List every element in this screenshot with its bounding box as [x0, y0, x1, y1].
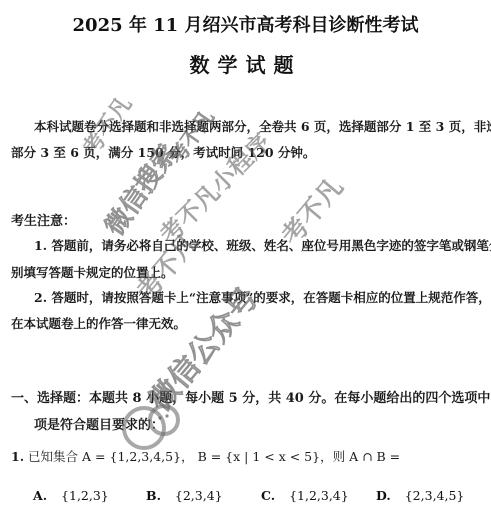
watermark-text: 考不凡小程序	[150, 123, 277, 250]
stem-separator: ，	[181, 449, 194, 464]
option-letter: B.	[146, 488, 161, 503]
section-1-line-1: 一、选择题：本题共 8 小题，每小题 5 分，共 40 分。在每小题给出的四个选…	[11, 392, 491, 405]
option-letter: D.	[376, 488, 391, 503]
option-b[interactable]: B. {2,3,4}	[146, 488, 223, 503]
section-1-line-2: 项是符合题目要求的：	[34, 419, 164, 432]
option-a[interactable]: A. {1,2,3}	[33, 488, 109, 503]
option-value: {1,2,3}	[61, 488, 109, 503]
option-letter: C.	[261, 488, 275, 503]
option-letter: A.	[33, 488, 47, 503]
notice-heading: 考生注意：	[11, 215, 76, 228]
question-number: 1.	[11, 449, 24, 464]
intro-line-2: 部分 3 至 6 页，满分 150 分，考试时间 120 分钟。	[11, 147, 315, 160]
set-b: B = {x | 1 < x < 5}	[198, 449, 321, 464]
option-value: {2,3,4}	[175, 488, 223, 503]
option-d[interactable]: D. {2,3,4,5}	[376, 488, 464, 503]
intro-line-1: 本科试题卷分选择题和非选择题两部分，全卷共 6 页，选择题部分 1 至 3 页，…	[34, 121, 491, 134]
option-value: {1,2,3,4}	[289, 488, 349, 503]
question-1-stem: 1. 已知集合 A = {1,2,3,4,5}， B = {x | 1 < x …	[11, 451, 400, 464]
exam-title: 2025 年 11 月绍兴市高考科目诊断性考试	[0, 11, 491, 37]
question-stem-suffix: ，则 A ∩ B =	[320, 449, 400, 464]
set-a: A = {1,2,3,4,5}	[82, 449, 181, 464]
option-c[interactable]: C. {1,2,3,4}	[261, 488, 349, 503]
notice-item-1-line-2: 别填写答题卡规定的位置上。	[11, 267, 174, 280]
exam-subject-title: 数学试题	[0, 49, 491, 78]
question-stem-prefix: 已知集合	[28, 449, 78, 464]
notice-item-1-line-1: 1. 答题前，请务必将自己的学校、班级、姓名、座位号用黑色字迹的签字笔或钢笔分	[34, 240, 491, 253]
notice-item-2-line-1: 2. 答题时，请按照答题卡上“注意事项”的要求，在答题卡相应的位置上规范作答，	[34, 292, 491, 305]
exam-page: 2025 年 11 月绍兴市高考科目诊断性考试 数学试题 本科试题卷分选择题和非…	[0, 0, 491, 512]
notice-item-2-line-2: 在本试题卷上的作答一律无效。	[11, 318, 186, 331]
option-value: {2,3,4,5}	[405, 488, 465, 503]
